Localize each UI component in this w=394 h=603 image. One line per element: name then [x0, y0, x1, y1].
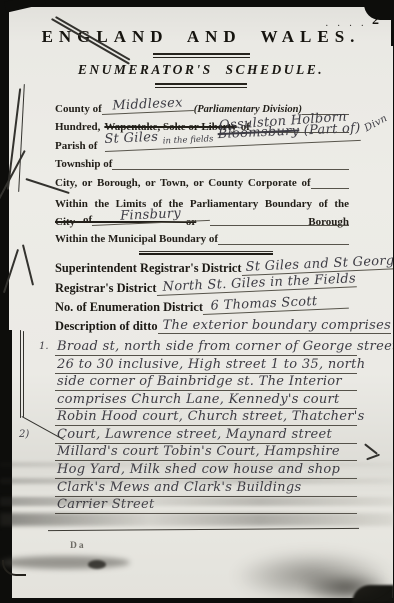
description-line-text: Hog Yard, Milk shed cow house and shop: [57, 463, 340, 477]
parish-value-insert: in the fields: [163, 134, 214, 146]
description-line-text: 26 to 30 inclusive, High street 1 to 35,…: [57, 358, 365, 372]
description-line-text: Court, Lawrence street, Maynard street: [57, 428, 332, 442]
city-borough-label: City, or Borough, or Town, or County Cor…: [55, 177, 311, 189]
municipal-blank-line: [218, 231, 349, 245]
enumeration-district-value-handwritten: 6 Thomas Scott: [202, 294, 349, 315]
field-description: Description of ditto The exterior bounda…: [55, 315, 349, 334]
field-parish: Parish of St Giles in the fields Bloomsb…: [55, 133, 349, 152]
superintendent-label: Superintendent Registrar's District: [55, 261, 242, 276]
field-city-borough: City, or Borough, or Town, or County Cor…: [55, 170, 349, 189]
parish-value-struck: Bloomsbury: [218, 123, 300, 142]
description-line: 2) Court, Lawrence street, Maynard stree…: [55, 426, 357, 444]
parish-value-suffix: (Part of): [304, 121, 362, 138]
city-borough-blank-line: [311, 175, 349, 189]
description-line: 26 to 30 inclusive, High street 1 to 35,…: [55, 356, 357, 374]
faded-footer-text: Da: [70, 541, 86, 551]
corner-dots: · · · ·: [325, 21, 367, 32]
description-value-handwritten: The exterior boundary comprises: [158, 319, 391, 334]
section-divider-rule: [139, 251, 273, 255]
field-municipal-boundary: Within the Municipal Boundary of: [55, 226, 349, 245]
description-line: Clark's Mews and Clark's Buildings: [55, 479, 357, 497]
field-registrar-district: Registrar's District North St. Giles in …: [55, 276, 349, 295]
margin-number: 1.: [39, 341, 49, 352]
parl-boundary-value-handwritten: Finsbury: [92, 206, 211, 226]
description-line: Robin Hood court, Church street, Thatche…: [55, 409, 357, 427]
parish-value-main: St Giles: [105, 129, 159, 146]
description-line: comprises Church Lane, Kennedy's court: [55, 391, 357, 409]
field-enumeration-district: No. of Enumeration District 6 Thomas Sco…: [55, 296, 349, 315]
municipal-label: Within the Municipal Boundary of: [55, 233, 218, 245]
schedule-form: County of Middlesex (Parliamentary Divis…: [9, 94, 393, 334]
county-label: County of: [55, 103, 102, 115]
field-township: Township of: [55, 152, 349, 171]
document-paper: · · · · 2 ENGLAND AND WALES. ENUMERATOR'…: [9, 7, 393, 598]
description-line: Carrier Street: [55, 497, 357, 515]
county-value-handwritten: Middlesex: [101, 96, 194, 115]
description-line-text: side corner of Bainbridge st. The Interi…: [57, 375, 342, 389]
scan-edge-left: [0, 0, 9, 603]
description-label: Description of ditto: [55, 319, 158, 334]
description-lines: 1. Broad st, north side from corner of G…: [55, 338, 357, 514]
description-line-text: Robin Hood court, Church street, Thatche…: [57, 410, 365, 424]
township-label: Township of: [55, 158, 112, 170]
page-number: 2: [372, 13, 379, 29]
township-blank-line: [112, 156, 349, 170]
scanned-document: · · · · 2 ENGLAND AND WALES. ENUMERATOR'…: [0, 0, 394, 603]
description-line-text: Carrier Street: [57, 498, 154, 512]
hundred-label-prefix: Hundred,: [55, 121, 100, 133]
description-line-text: Broad st, north side from corner of Geor…: [57, 340, 393, 354]
description-line-text: Clark's Mews and Clark's Buildings: [57, 481, 301, 495]
registrar-value-handwritten: North St. Giles in the Fields: [156, 272, 356, 296]
description-line-text: Millard's court Tobin's Court, Hampshire: [57, 445, 340, 459]
document-subtitle: ENUMERATOR'S SCHEDULE.: [9, 62, 393, 78]
description-line: side corner of Bainbridge st. The Interi…: [55, 374, 357, 392]
hundred-division-note: Divn: [363, 112, 391, 136]
description-line: Hog Yard, Milk shed cow house and shop: [55, 461, 357, 479]
enumeration-district-label: No. of Enumeration District: [55, 300, 203, 315]
subtitle-rule: [155, 83, 247, 88]
field-parliamentary-boundary: Within the Limits of the Parliamentary B…: [55, 189, 349, 208]
description-line: Millard's court Tobin's Court, Hampshire: [55, 444, 357, 462]
parl-boundary-blank-line: [210, 212, 349, 226]
parish-label: Parish of: [55, 140, 97, 152]
page-corner: · · · · 2: [325, 13, 379, 32]
description-line-text: comprises Church Lane, Kennedy's court: [57, 393, 340, 407]
description-line: 1. Broad st, north side from corner of G…: [55, 338, 357, 356]
field-parl-boundary-of: of Finsbury: [55, 208, 349, 227]
registrar-label: Registrar's District: [55, 281, 157, 296]
scan-edge-bottom: [0, 598, 394, 603]
title-rule: [153, 53, 250, 58]
margin-number: 2): [19, 429, 29, 440]
scan-edge-top: [0, 0, 394, 7]
